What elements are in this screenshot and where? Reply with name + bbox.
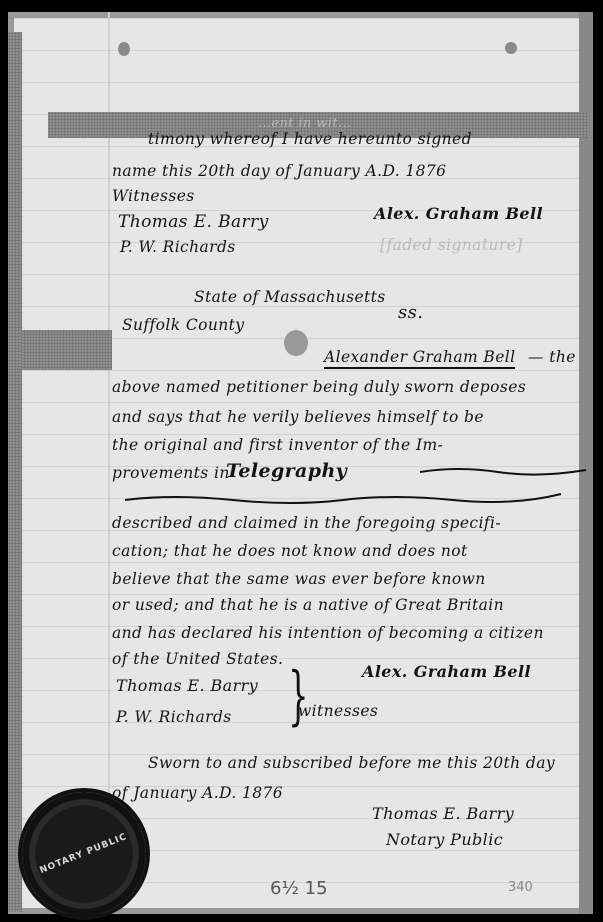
text-line: provements in — [112, 464, 230, 482]
notary-seal: NOTARY PUBLIC — [22, 792, 146, 916]
text-line: or used; and that he is a native of Grea… — [112, 596, 504, 614]
notary-title: Notary Public — [386, 830, 503, 849]
page-number: 340 — [508, 880, 533, 895]
witnesses-label: witnesses — [298, 702, 378, 720]
jurat-line: of January A.D. 1876 — [112, 784, 283, 802]
text-line: described and claimed in the foregoing s… — [112, 514, 501, 532]
faded-signature: [faded signature] — [380, 236, 523, 254]
text-line: and has declared his intention of becomi… — [112, 624, 544, 642]
flourish-line — [418, 464, 588, 478]
text-line: — the — [528, 348, 576, 366]
text-line: believe that the same was ever before kn… — [112, 570, 486, 588]
ink-spot — [505, 42, 517, 54]
witness-signature: P. W. Richards — [116, 708, 232, 726]
page-edge — [579, 12, 593, 914]
notary-signature: Thomas E. Barry — [372, 804, 514, 823]
seal-text: NOTARY PUBLIC — [39, 832, 129, 876]
applicant-signature: Alex. Graham Bell — [362, 662, 531, 681]
ink-spot — [118, 42, 130, 56]
text-line: of the United States. — [112, 650, 283, 668]
text-line: cation; that he does not know and does n… — [112, 542, 468, 560]
text-line: name this 20th day of January A.D. 1876 — [112, 162, 446, 180]
flourish-line — [123, 490, 563, 506]
state-heading: State of Massachusetts — [194, 288, 386, 306]
text-line: above named petitioner being duly sworn … — [112, 378, 526, 396]
witness-signature: P. W. Richards — [120, 238, 236, 256]
margin-rule — [108, 12, 110, 914]
torn-paper-edge — [8, 32, 22, 912]
invention-subject: Telegraphy — [226, 460, 347, 482]
applicant-signature: Alex. Graham Bell — [374, 204, 543, 223]
witness-signature: Thomas E. Barry — [116, 676, 258, 695]
fragment-text: …ent in wit… — [258, 116, 351, 131]
torn-paper-band — [8, 330, 112, 370]
ink-blot — [284, 330, 308, 356]
witness-signature: Thomas E. Barry — [118, 212, 269, 232]
text-line: the original and first inventor of the I… — [112, 436, 443, 454]
pencil-note: 6½ 15 — [270, 878, 328, 899]
document-page: …ent in wit… timony whereof I have hereu… — [8, 12, 593, 914]
ss-mark: ss. — [398, 302, 423, 323]
county-heading: Suffolk County — [122, 316, 244, 334]
applicant-name: Alexander Graham Bell — [324, 348, 515, 369]
jurat-line: Sworn to and subscribed before me this 2… — [148, 754, 555, 772]
text-line: and says that he verily believes himself… — [112, 408, 484, 426]
witnesses-heading: Witnesses — [112, 187, 195, 205]
text-line: timony whereof I have hereunto signed — [148, 130, 472, 148]
